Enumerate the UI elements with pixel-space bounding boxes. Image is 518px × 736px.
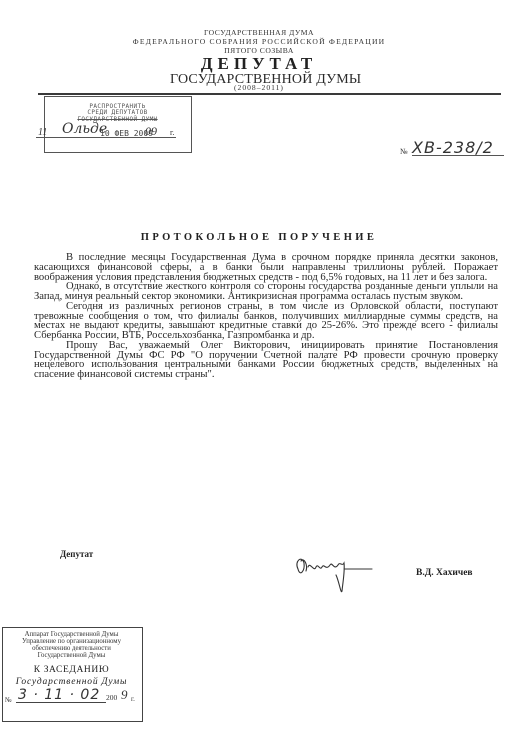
session-stamp-year-prefix: 200 — [106, 693, 117, 702]
registration-label: № — [400, 147, 408, 156]
signer-name: В.Д. Хахичев — [416, 568, 473, 578]
session-stamp-line-3: обеспечению деятельности — [2, 645, 141, 652]
distribution-year: 09 — [145, 124, 157, 139]
paragraph: Прошу Вас, уважаемый Олег Викторович, ин… — [34, 341, 498, 380]
session-stamp-line-2: Управление по организационному — [2, 638, 141, 645]
paragraph: Сегодня из различных регионов страны, в … — [34, 302, 498, 341]
paragraph: Однако, в отсутствие жесткого контроля с… — [34, 282, 498, 302]
session-stamp-year-mark: г. — [131, 695, 135, 703]
session-stamp-year-digit: 9 — [121, 687, 128, 703]
session-stamp-line-1: Аппарат Государственной Думы — [2, 631, 141, 638]
letterhead-line-2: ФЕДЕРАЛЬНОГО СОБРАНИЯ РОССИЙСКОЙ ФЕДЕРАЦ… — [0, 37, 518, 46]
document-body: В последние месяцы Государственная Дума … — [34, 253, 498, 380]
session-stamp-heading: К ЗАСЕДАНИЮ — [2, 665, 141, 675]
signer-role: Депутат — [60, 549, 93, 559]
letterhead-line-1: ГОСУДАРСТВЕННАЯ ДУМА — [0, 28, 518, 37]
session-stamp-underline — [16, 702, 106, 703]
distribution-year-mark: г. — [170, 128, 174, 137]
paragraph: В последние месяцы Государственная Дума … — [34, 253, 498, 282]
session-stamp-subheading: Государственной Думы — [2, 677, 141, 687]
distribution-stamp-line-2: СРЕДИ ДЕПУТАТОВ — [46, 109, 189, 116]
session-stamp-line-4: Государственной Думы — [2, 652, 141, 659]
letterhead-rule — [38, 93, 501, 95]
registration-underline — [412, 155, 504, 156]
session-stamp-no-label: № — [5, 696, 12, 704]
letterhead-years: (2008–2011) — [0, 83, 518, 92]
letterhead-deputat: ДЕПУТАТ — [0, 54, 518, 74]
session-stamp-number: 3 · 11 · 02 — [18, 687, 100, 703]
handwritten-signature — [292, 551, 392, 603]
distribution-day: 11 — [38, 127, 47, 138]
document-title: ПРОТОКОЛЬНОЕ ПОРУЧЕНИЕ — [0, 232, 518, 243]
